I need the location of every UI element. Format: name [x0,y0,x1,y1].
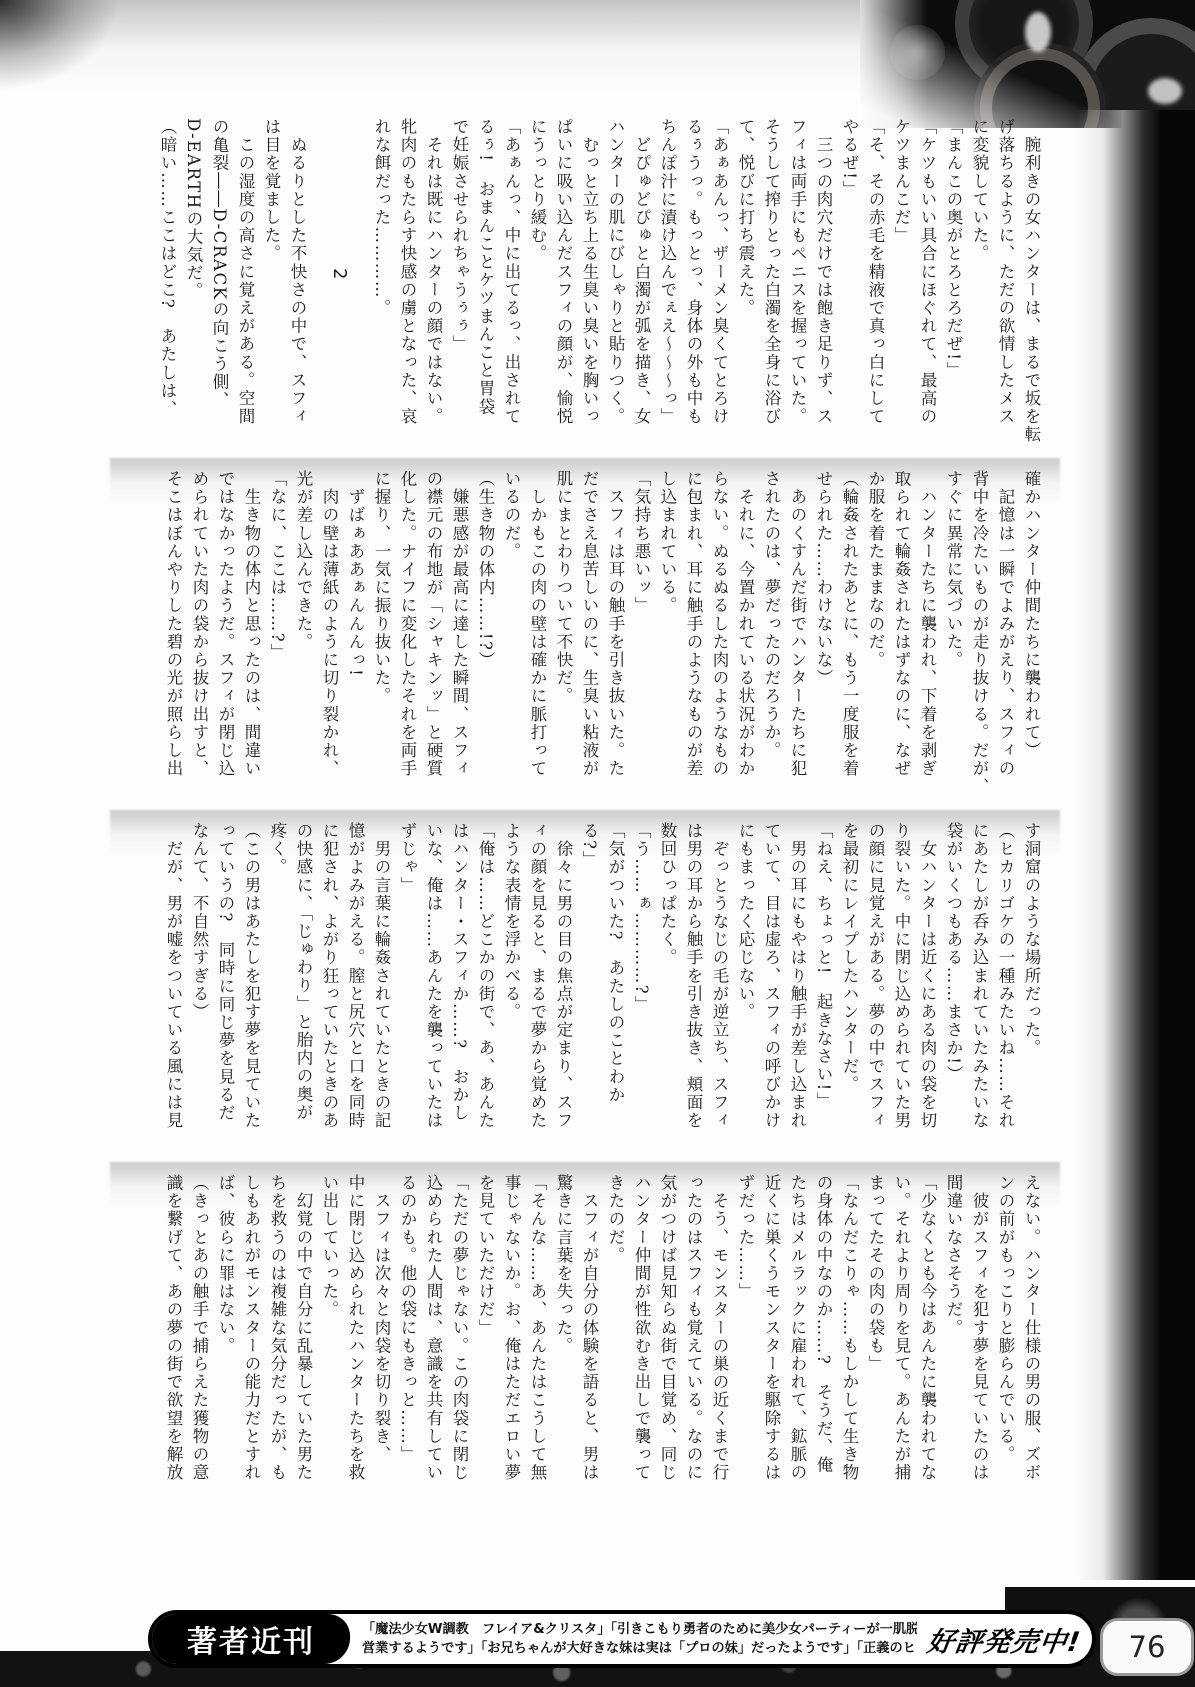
text-line: ちを救うのは複雑な気分だったが、も [264,1174,290,1528]
text-line: し込まれている。 [654,470,680,824]
text-line: えない。ハンター仕様の男の服、ズボ [1018,1174,1044,1528]
text-line: むっと立ち上る生臭い臭いを胸いっ [576,118,602,472]
text-line: スフィは次々と肉袋を切り裂き、 [368,1174,394,1528]
text-line: は男の耳から触手を引き抜き、頬面を [680,822,706,1176]
text-line: 男の言葉に輪姦されていたときの記 [368,822,394,1176]
text-line: きたのだ。 [602,1174,628,1528]
text-line: 「なんだこりゃ……もしかして生き物 [836,1174,862,1528]
author-upcoming-label-text: 著者近刊 [187,1617,315,1661]
scan-shadow-top [0,0,900,110]
text-line: に変貌していた。 [966,118,992,472]
text-line: の身体の中なのか……? そうだ、俺 [810,1174,836,1528]
text-line: り裂いた。中に閉じ込められていた男 [888,822,914,1176]
text-line: 肉の壁は薄紙のように切り裂かれ、 [316,470,342,824]
scan-shadow-top-left [0,0,120,90]
text-line: 腕利きの女ハンターは、まるで坂を転 [1018,118,1044,472]
text-line: 「あぁんっ、中に出てるっ、出されて [498,118,524,472]
text-line: ぬるりとした不快さの中で、スフィ [284,118,310,472]
text-line: 気がつけば見知らぬ街で目覚め、同じ [654,1174,680,1528]
text-line: 「ただの夢じゃない。この肉袋に閉じ [446,1174,472,1528]
text-block-4: えない。ハンター仕様の男の服、ズボンの前がもっこりと膨らんでいる。 彼がスフィを… [122,1174,1044,1528]
book-titles-line-2: 営業するようです」「お兄ちゃんが大好きな妹は実は「プロの妹」だったようです」「正… [362,1639,911,1658]
text-line: この湿度の高さに覚えがある。空間 [232,118,258,472]
gears-artwork [860,0,1195,128]
author-upcoming-label: 著者近刊 [148,1614,352,1664]
text-line: 化した。ナイフに変化したそれを両手 [394,470,420,824]
text-line: スフィは耳の触手を引き抜いた。た [602,470,628,824]
text-line: （ヒカリゴケの一種みたいね……それ [992,822,1018,1176]
text-line: るぅ! おまんことケツまんこと胃袋 [472,118,498,472]
text-line: に握り、一気に振り抜いた。 [368,470,394,824]
text-line: しかもこの肉の壁は確かに脈打って [524,470,550,824]
author-upcoming-bar: 著者近刊 「魔法少女W調教 フレイア&クリスタ」「引きこもり勇者のために美少女パ… [148,1610,1096,1668]
text-line: 「気がついた? あたしのことわか [602,822,628,1176]
text-line: 「気持ち悪いッ」 [628,470,654,824]
text-line: 光が差し込んできた。 [290,470,316,824]
text-line: それは既にハンターの顔ではない。 [420,118,446,472]
text-line: 袋がいくつもある……まさか!） [940,822,966,1176]
text-line: 「う……ぁ…………?」 [628,822,654,1176]
text-line: （この男はあたしを犯す夢を見ていた [238,822,264,1176]
text-line: らない。ぬるぬるした肉のようなもの [706,470,732,824]
book-page: 腕利きの女ハンターは、まるで坂を転げ落ちるように、ただの欲情したメスに変貌してい… [0,0,1195,1687]
text-line: 彼がスフィを犯す夢を見ていたのは [966,1174,992,1528]
text-line: 識を繋げて、あの夢の街で欲望を解放 [160,1174,186,1528]
text-line: されたのは、夢だったのだろうか。 [758,470,784,824]
text-line: （きっとあの触手で捕らえた獲物の意 [186,1174,212,1528]
text-line: は目を覚ました。 [258,118,284,472]
text-line: ちんぽ汁に漬け込んでぇえ〜〜〜っ」 [654,118,680,472]
text-line: められていた肉の袋から抜け出すと、 [186,470,212,824]
text-line: 驚きに言葉を失った。 [550,1174,576,1528]
page-number: 76 [1129,1630,1166,1664]
text-line: 女ハンターは近くにある肉の袋を切 [914,822,940,1176]
text-line: そこはぼんやりした碧の光が照らし出 [160,470,186,824]
text-line: やるぜ!」 [836,118,862,472]
text-line: て、悦びに打ち震えた。 [732,118,758,472]
text-line: い。それより周りを見て。あんたが捕 [888,1174,914,1528]
on-sale-badge: 好評発売中! [913,1614,1095,1664]
page-number-badge: 76 [1100,1618,1194,1676]
text-line: せられた……わけないな） [810,470,836,824]
text-line: 「なに、ここは……?」 [264,470,290,824]
text-line: 牝肉のもたらす快感の虜となった、哀 [394,118,420,472]
text-line: なんて、不自然すぎる） [186,822,212,1176]
text-line: 三つの肉穴だけでは飽き足りず、ス [810,118,836,472]
text-line: 「まんこの奥がとろとろだぜ!」 [940,118,966,472]
text-line: か服を着たままなのだ。 [862,470,888,824]
text-line: 中に閉じ込められたハンターたちを救 [342,1174,368,1528]
text-line: ずじゃ」 [394,822,420,1176]
text-line: あのくすんだ街でハンターたちに犯 [784,470,810,824]
text-line: を見ていただけだ」 [472,1174,498,1528]
book-titles-list: 「魔法少女W調教 フレイア&クリスタ」「引きこもり勇者のために美少女パーティーが… [350,1614,917,1664]
text-line: っていうの? 同時に同じ夢を見るだ [212,822,238,1176]
text-line: 「俺は……どこかの街で、あ、あんた [472,822,498,1176]
text-line: フィは両手にもペニスを握っていた。 [784,118,810,472]
text-line: ような表情を浮かべる。 [498,822,524,1176]
section-number: 2 [326,118,352,472]
text-line: にもまったく応じない。 [732,822,758,1176]
text-line: そう、モンスターの巣の近くまで行 [706,1174,732,1528]
text-line: ずばぁああぁんんんっ! [342,470,368,824]
text-line: にあたしが呑み込まれていたみたいな [966,822,992,1176]
text-line: 男の耳にもやはり触手が差し込まれ [784,822,810,1176]
text-line: 間違いなさそうだ。 [940,1174,966,1528]
text-line: 取られて輪姦されたはずなのに、なぜ [888,470,914,824]
text-line: ハンターの肌にびしゃりと貼りつく。 [602,118,628,472]
text-line: ずだった……」 [732,1174,758,1528]
text-line: 確かハンター仲間たちに襲われて） [1018,470,1044,824]
text-line: の顔に見覚えがある。夢の中でスフィ [862,822,888,1176]
text-line: 「そ、その赤毛を精液で真っ白にして [862,118,888,472]
text-line: い出していった。 [316,1174,342,1528]
text-line: すぐに異常に気づいた。 [940,470,966,824]
text-line: はハンター・スフィか……? おかし [446,822,472,1176]
text-line: す洞窟のような場所だった。 [1018,822,1044,1176]
text-line: ぞっとうなじの毛が逆立ち、スフィ [706,822,732,1176]
text-line: （生き物の体内……!?） [472,470,498,824]
text-line: 「ケツもいい具合にほぐれて、最高の [914,118,940,472]
text-line: 記憶は一瞬でよみがえり、スフィの [992,470,1018,824]
text-line: ィの顔を見ると、まるで夢から覚めた [524,822,550,1176]
text-line: で妊娠させられちゃうぅぅ」 [446,118,472,472]
text-line: ハンターたちに襲われ、下着を剥ぎ [914,470,940,824]
text-line: たちはメルラックに雇われて、鉱脈の [784,1174,810,1528]
text-line: を最初にレイプしたハンターだ。 [836,822,862,1176]
text-line: まってたその肉の袋も」 [862,1174,888,1528]
text-line: 幻覚の中で自分に乱暴していた男た [290,1174,316,1528]
text-line: げ落ちるように、ただの欲情したメス [992,118,1018,472]
text-line: いるのだ。 [498,470,524,824]
text-line: るのかも。他の袋にもきっと……」 [394,1174,420,1528]
text-line: ハンター仲間が性欲むき出しで襲って [628,1174,654,1528]
text-line: ンの前がもっこりと膨らんでいる。 [992,1174,1018,1528]
text-line: の快感に、「じゅわり」と胎内の奥が [290,822,316,1176]
text-line: る?」 [576,822,602,1176]
book-titles-line-1: 「魔法少女W調教 フレイア&クリスタ」「引きこもり勇者のために美少女パーティーが… [362,1620,911,1639]
text-line: 「あぁあんっ、ザーメン臭くてとろけ [706,118,732,472]
text-line: にうっとり緩む。 [524,118,550,472]
text-line: ったのはスフィも覚えている。なのに [680,1174,706,1528]
text-line: 嫌悪感が最高に達した瞬間、スフィ [446,470,472,824]
text-line: ケツまんこだ」 [888,118,914,472]
text-line: ていて、目は虚ろ、スフィの呼びかけ [758,822,784,1176]
text-line: 数回ひっぱたく。 [654,822,680,1176]
text-block-2: 確かハンター仲間たちに襲われて） 記憶は一瞬でよみがえり、スフィの背中を冷たいも… [122,470,1044,824]
text-line: 肌にまとわりついて不快だ。 [550,470,576,824]
text-line: それに、今置かれている状況がわか [732,470,758,824]
text-line: るぅうっ。もっとっ、身体の外も中も [680,118,706,472]
text-line: れな餌だった…………。 [368,118,394,472]
text-line: 生き物の体内と思ったのは、間違い [238,470,264,824]
text-line: 憶がよみがえる。膣と尻穴と口を同時 [342,822,368,1176]
text-block-1: 腕利きの女ハンターは、まるで坂を転げ落ちるように、ただの欲情したメスに変貌してい… [122,118,1044,472]
text-line: ぱいに吸い込んだスフィの顔が、愉悦 [550,118,576,472]
text-line: D-EARTHの大気だ。 [180,118,206,472]
text-line: （輪姦されたあとに、もう一度服を着 [836,470,862,824]
text-line: いな、俺は……あんたを襲っていたは [420,822,446,1176]
text-line: 疼く。 [264,822,290,1176]
text-line: スフィが自分の体験を語ると、男は [576,1174,602,1528]
text-line: （暗い……ここはどこ? あたしは、 [154,118,180,472]
text-line: どぴゅどぴゅと白濁が弧を描き、女 [628,118,654,472]
text-block-3: す洞窟のような場所だった。（ヒカリゴケの一種みたいね……それにあたしが呑み込まれ… [122,822,1044,1176]
text-line: しもあれがモンスターの能力だとすれ [238,1174,264,1528]
text-line: だでさえ息苦しいのに、生臭い粘液が [576,470,602,824]
text-line: ば、彼らに罪はない。 [212,1174,238,1528]
text-line: の亀裂――D-CRACKの向こう側、 [206,118,232,472]
text-line: 徐々に男の目の焦点が定まり、スフ [550,822,576,1176]
text-line: 「ねえ、ちょっと! 起きなさい!」 [810,822,836,1176]
text-line: の襟元の布地が「シャキンッ」と硬質 [420,470,446,824]
text-line: 込められた人間は、意識を共有してい [420,1174,446,1528]
text-line: 背中を冷たいものが走り抜ける。だが、 [966,470,992,824]
artwork-fade [860,0,1195,128]
text-line: 事じゃないか。お、俺はただエロい夢 [498,1174,524,1528]
text-line: に包まれ、耳に触手のようなものが差 [680,470,706,824]
text-line: に犯され、よがり狂っていたときのあ [316,822,342,1176]
text-line: 近くに巣くうモンスターを駆除するは [758,1174,784,1528]
text-line: ではなかったようだ。スフィが閉じ込 [212,470,238,824]
text-line: だが、男が嘘をついている風には見 [160,822,186,1176]
text-line: そうして搾りとった白濁を全身に浴び [758,118,784,472]
text-line: 「そんな……あ、あんたはこうして無 [524,1174,550,1528]
text-line: 「少なくとも今はあんたに襲われてな [914,1174,940,1528]
page-edge-right [1075,110,1195,1580]
